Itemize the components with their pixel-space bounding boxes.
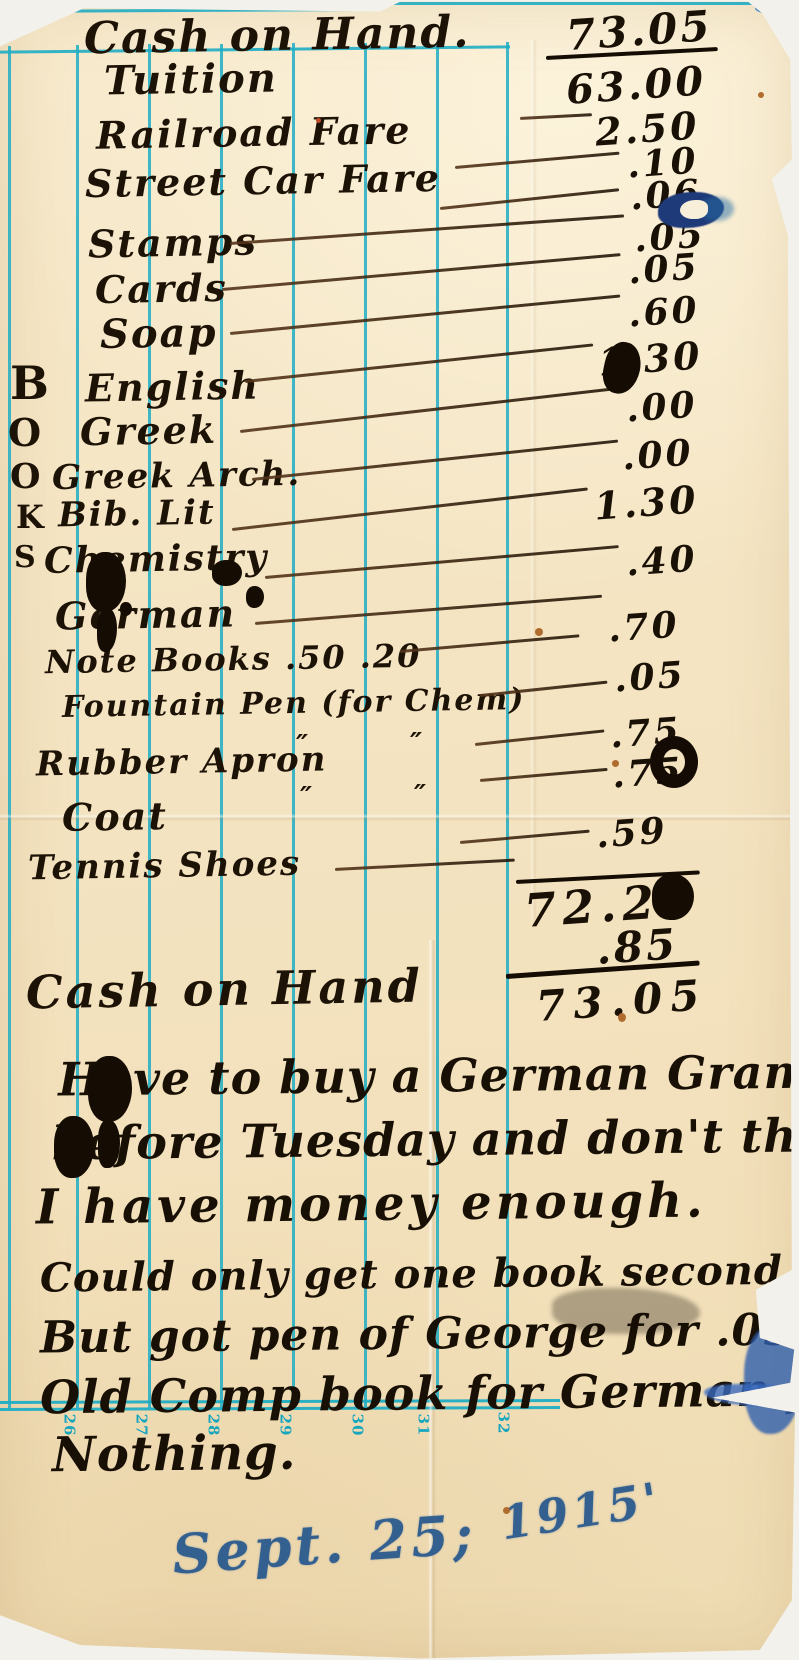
rust-speck bbox=[316, 118, 321, 123]
note-line: Nothing. bbox=[52, 1425, 297, 1484]
row-amount: .60 bbox=[627, 289, 701, 336]
rust-speck bbox=[503, 1507, 510, 1514]
ditto-mark: ″ bbox=[300, 782, 312, 813]
rust-speck bbox=[612, 760, 619, 767]
ditto-mark: ″ bbox=[414, 780, 426, 811]
row-label: Rubber Apron bbox=[36, 739, 328, 784]
connector-line bbox=[475, 729, 605, 745]
rust-speck bbox=[618, 1013, 626, 1022]
books-letter: O bbox=[8, 410, 41, 455]
torn-top-rule-right bbox=[392, 2, 796, 5]
books-letter: O bbox=[10, 456, 41, 497]
row-amount: .05 bbox=[613, 654, 687, 701]
ink-dot bbox=[246, 586, 264, 608]
blue-edge-tick bbox=[755, 0, 799, 14]
rust-speck bbox=[758, 92, 764, 98]
row-label: Railroad Fare bbox=[96, 107, 412, 157]
note-line: Could only get one book second hand. bbox=[40, 1245, 799, 1301]
hole-paper-center bbox=[680, 200, 708, 219]
books-letter: B bbox=[10, 356, 49, 410]
ink-blot bbox=[88, 1056, 132, 1122]
fold-crease-vertical-upper bbox=[530, 40, 537, 920]
row-amount: .59 bbox=[595, 810, 669, 857]
row-label: English bbox=[85, 362, 261, 410]
ink-dot bbox=[120, 602, 132, 616]
closing-label: Cash on Hand bbox=[26, 959, 424, 1020]
blue-edge-stain bbox=[744, 1326, 799, 1434]
row-amount: .70 bbox=[607, 604, 681, 651]
note-line: before Tuesday and don't think bbox=[52, 1108, 799, 1171]
row-label: Tennis Shoes bbox=[28, 844, 302, 889]
books-letter: K bbox=[16, 498, 44, 536]
books-letter: S bbox=[14, 540, 36, 575]
row-amount: .05 bbox=[627, 246, 701, 293]
connector-line bbox=[222, 253, 621, 290]
connector-line bbox=[240, 387, 620, 433]
connector-line bbox=[230, 294, 620, 334]
row-amount: .00 bbox=[625, 384, 699, 431]
row-label: Tuition bbox=[104, 54, 279, 104]
row-label: Fountain Pen (for Chem) bbox=[62, 682, 526, 725]
connector-line bbox=[400, 634, 580, 652]
connector-line bbox=[255, 595, 602, 625]
ink-smudge bbox=[552, 1288, 700, 1334]
scanned-ledger-page: 26 27 28 29 30 31 32 Cash on Hand. 73.05… bbox=[0, 0, 799, 1660]
row-label: Coat bbox=[62, 793, 169, 840]
row-label: Greek bbox=[80, 407, 218, 454]
row-label: Cards bbox=[95, 265, 229, 312]
connector-line bbox=[335, 859, 515, 871]
ditto-mark: ″ bbox=[410, 728, 422, 759]
connector-line bbox=[460, 830, 590, 844]
connector-line bbox=[252, 440, 618, 481]
note-line: Have to buy a German Grammar bbox=[58, 1043, 799, 1106]
note-line: Old Comp book for German for bbox=[40, 1362, 799, 1425]
ledger-paper: 26 27 28 29 30 31 32 Cash on Hand. 73.05… bbox=[0, 0, 799, 1660]
row-label: Soap bbox=[100, 309, 218, 358]
row-amount: 1.30 bbox=[593, 476, 700, 528]
connector-line bbox=[245, 343, 593, 382]
row-amount: .00 bbox=[621, 432, 695, 479]
row-amount: .40 bbox=[625, 538, 699, 585]
row-label: Bib. Lit bbox=[58, 493, 216, 536]
ditto-mark: ″ bbox=[296, 730, 308, 761]
connector-line bbox=[455, 152, 620, 169]
connector-line bbox=[265, 545, 619, 578]
row-label: German bbox=[55, 590, 237, 638]
connector-line bbox=[480, 768, 608, 782]
rust-speck bbox=[535, 628, 543, 636]
ink-blot bbox=[212, 560, 242, 586]
date-year: 1915' bbox=[497, 1472, 666, 1551]
column-rule-1 bbox=[8, 46, 11, 1408]
note-line: I have money enough. bbox=[36, 1172, 707, 1235]
connector-line bbox=[230, 214, 624, 244]
row-label: Street Car Fare bbox=[85, 155, 442, 206]
ink-ring-blot bbox=[650, 736, 698, 788]
